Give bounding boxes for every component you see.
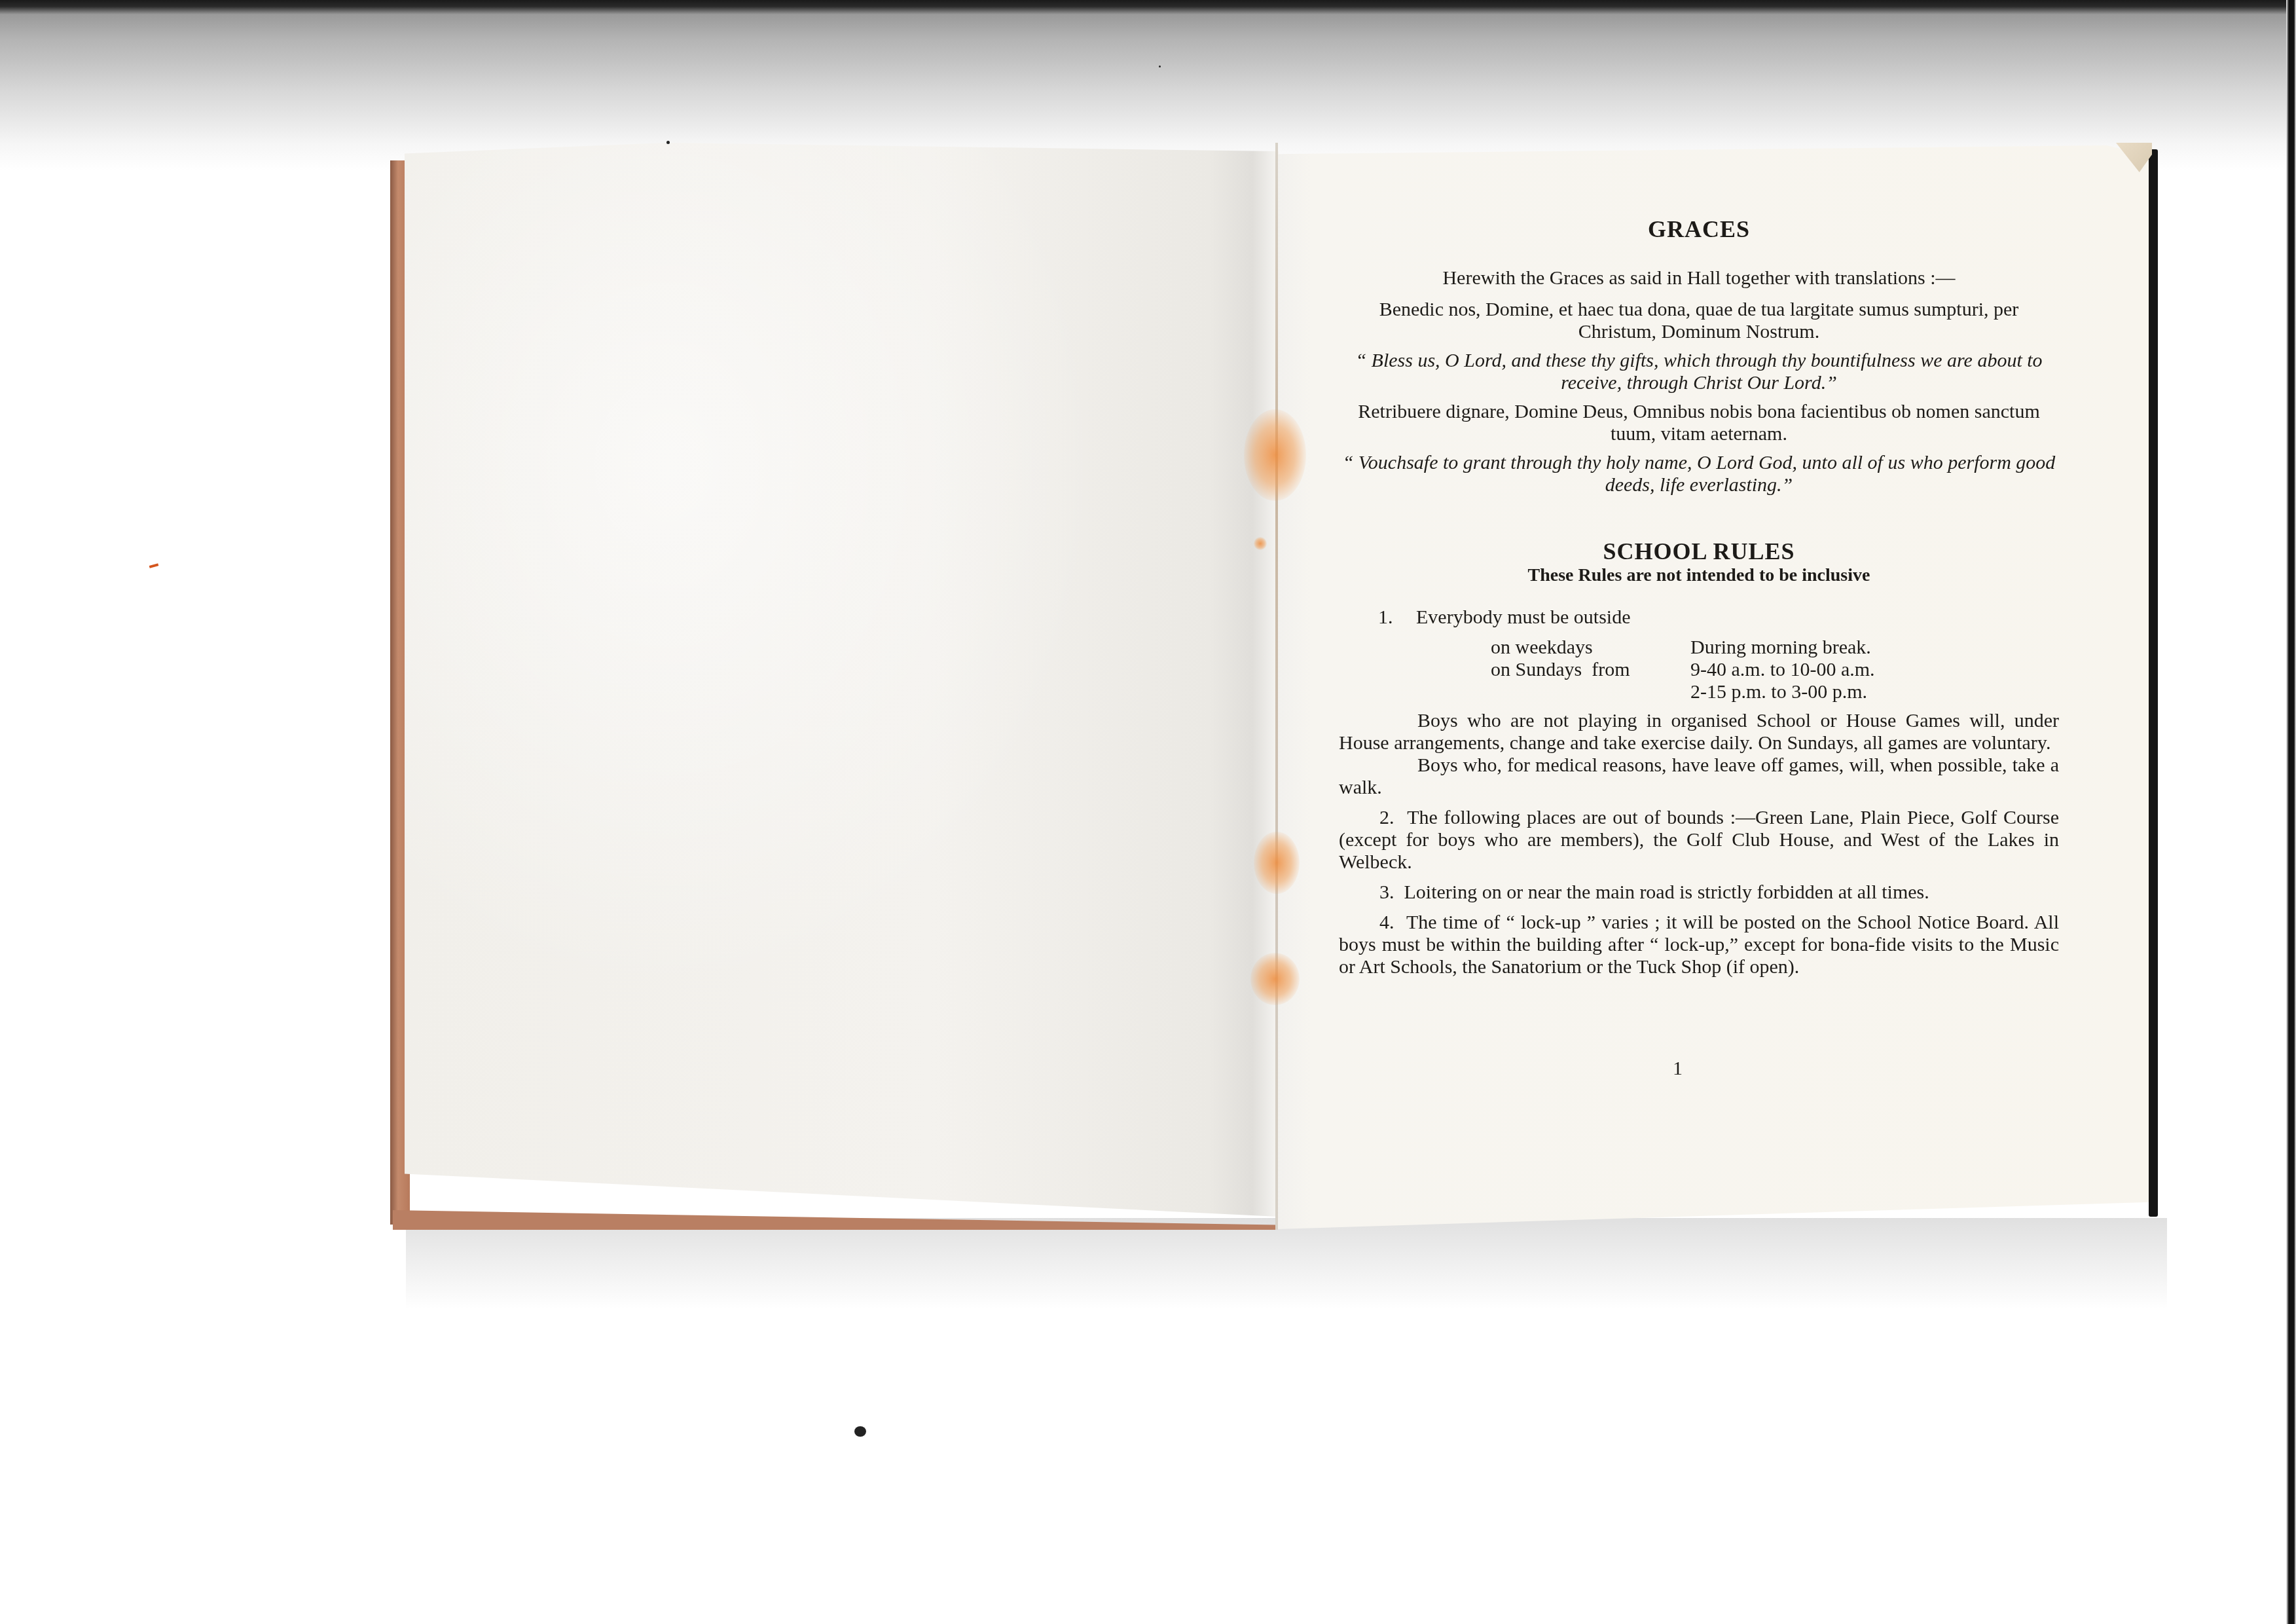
rule-3: 3. Loitering on or near the main road is… [1339, 881, 2059, 904]
booklet-shadow [406, 1218, 2167, 1310]
rule-text: The time of “ lock-up ” varies ; it will… [1339, 912, 2059, 978]
graces-intro: Herewith the Graces as said in Hall toge… [1339, 267, 2059, 289]
scan-edge-bar [2286, 0, 2296, 1624]
cover-board-right-edge [2149, 149, 2158, 1217]
rule-1-note-medical: Boys who, for medical reasons, have leav… [1339, 754, 2059, 799]
table-row: on Sundays from 9-40 a.m. to 10-00 a.m. [1491, 659, 1875, 681]
rule-text: The following places are out of bounds :… [1339, 807, 2059, 873]
dust-speck [854, 1426, 866, 1437]
grace-latin-2: Retribuere dignare, Domine Deus, Omnibus… [1339, 401, 2059, 445]
rule-4: 4. The time of “ lock-up ” varies ; it w… [1339, 912, 2059, 978]
rule-number: 3. [1379, 881, 1394, 903]
schedule-time: 2-15 p.m. to 3-00 p.m. [1690, 681, 1875, 703]
dust-speck [666, 141, 670, 144]
rule-text: Loitering on or near the main road is st… [1404, 881, 1929, 903]
rule-1-note-games: Boys who are not playing in organised Sc… [1339, 710, 2059, 754]
left-page-blank [405, 143, 1279, 1217]
staple-rust-stain [1254, 537, 1267, 550]
page-number: 1 [1673, 1058, 1683, 1080]
schedule-time: During morning break. [1690, 637, 1875, 659]
dust-speck [1159, 65, 1161, 67]
graces-title: GRACES [1339, 216, 2059, 242]
school-rules-subtitle: These Rules are not intended to be inclu… [1339, 564, 2059, 587]
right-page-text: GRACES Herewith the Graces as said in Ha… [1339, 216, 2059, 978]
staple-rust-stain [1250, 953, 1300, 1005]
staple-rust-stain [1254, 832, 1300, 894]
schedule-label: on weekdays [1491, 637, 1690, 659]
grace-latin-1: Benedic nos, Domine, et haec tua dona, q… [1339, 299, 2059, 343]
rule-text: Everybody must be outside [1416, 606, 1630, 628]
staple-rust-stain [1244, 409, 1306, 501]
table-row: on weekdays During morning break. [1491, 637, 1875, 659]
rule-2: 2. The following places are out of bound… [1339, 807, 2059, 874]
rule-number: 4. [1379, 912, 1394, 933]
schedule-label: on Sundays from [1491, 659, 1690, 681]
rule-number: 1. [1378, 606, 1416, 629]
scanner-lid-shadow [0, 0, 2296, 170]
outside-times-table: on weekdays During morning break. on Sun… [1491, 637, 1875, 703]
grace-translation-1: “ Bless us, O Lord, and these thy gifts,… [1339, 350, 2059, 394]
spine-gutter [1275, 143, 1278, 1230]
school-rules-title: SCHOOL RULES [1339, 538, 2059, 564]
schedule-time: 9-40 a.m. to 10-00 a.m. [1690, 659, 1875, 681]
dust-speck [149, 563, 159, 568]
rule-number: 2. [1379, 807, 1394, 828]
table-row: 2-15 p.m. to 3-00 p.m. [1491, 681, 1875, 703]
rule-1-heading: 1.Everybody must be outside [1378, 606, 2059, 629]
grace-translation-2: “ Vouchsafe to grant through thy holy na… [1339, 452, 2059, 496]
